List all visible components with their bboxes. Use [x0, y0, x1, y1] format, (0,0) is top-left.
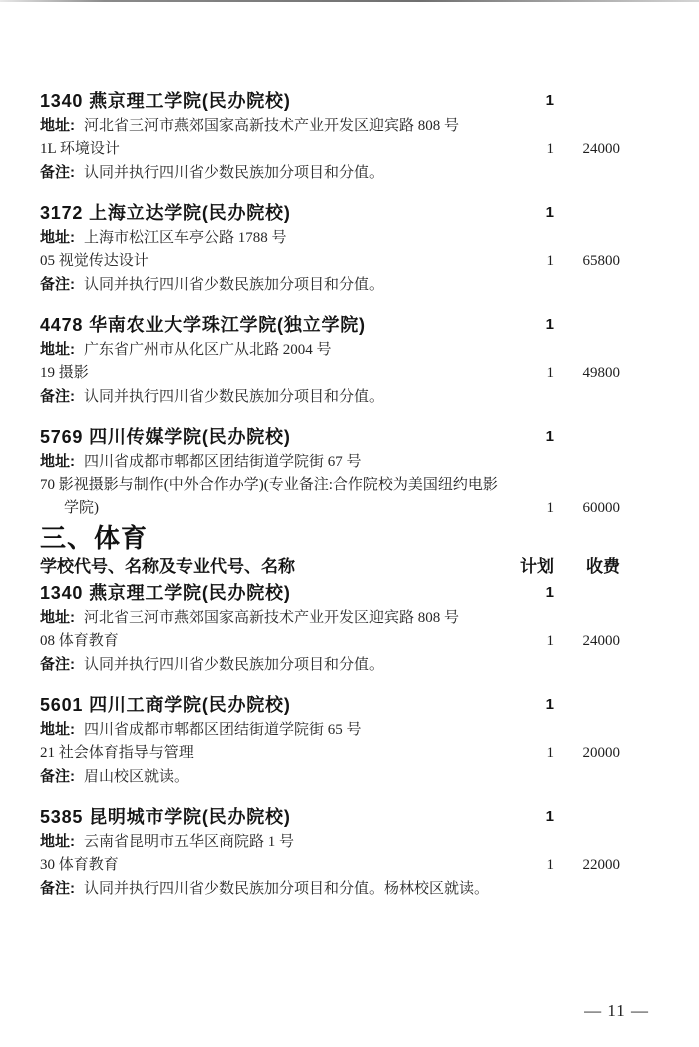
school-plan-count: 1: [512, 804, 554, 830]
major-row: 21 社会体育指导与管理 1 20000: [40, 742, 620, 765]
school-plan-count: 1: [512, 200, 554, 226]
school-title-row: 1340 燕京理工学院(民办院校) 1: [40, 88, 620, 114]
address-line: 地址:河北省三河市燕郊国家高新技术产业开发区迎宾路 808 号: [40, 606, 620, 630]
school-plan-count: 1: [512, 312, 554, 338]
address-label: 地址:: [40, 833, 75, 850]
address-label: 地址:: [40, 721, 75, 738]
school-name: 燕京理工学院(民办院校): [89, 583, 291, 603]
major-row: 70 影视摄影与制作(中外合作办学)(专业备注:合作院校为美国纽约电影学院) 1…: [40, 474, 620, 520]
section-title: 三、体育: [40, 522, 620, 554]
major-code: 30: [40, 857, 55, 873]
school-title: 5385 昆明城市学院(民办院校): [40, 804, 512, 830]
school-plan-count: 1: [512, 88, 554, 114]
school-code: 5601: [40, 695, 83, 715]
note-label: 备注:: [40, 768, 75, 785]
school-title: 1340 燕京理工学院(民办院校): [40, 88, 512, 114]
major-fee: 49800: [554, 362, 620, 385]
major-name: 影视摄影与制作(中外合作办学)(专业备注:合作院校为美国纽约电影学院): [59, 477, 498, 516]
major-fee: 20000: [554, 742, 620, 765]
address-line: 地址:四川省成都市郫都区团结街道学院街 67 号: [40, 450, 620, 474]
major-code: 21: [40, 745, 55, 761]
address-line: 地址:上海市松江区车亭公路 1788 号: [40, 226, 620, 250]
major-fee: 24000: [554, 630, 620, 653]
note-text: 认同并执行四川省少数民族加分项目和分值。: [84, 165, 384, 181]
address-text: 广东省广州市从化区广从北路 2004 号: [84, 342, 332, 358]
address-label: 地址:: [40, 453, 75, 470]
note-text: 认同并执行四川省少数民族加分项目和分值。: [84, 389, 384, 405]
note-line: 备注:认同并执行四川省少数民族加分项目和分值。: [40, 161, 620, 185]
page-content: 1340 燕京理工学院(民办院校) 1 地址:河北省三河市燕郊国家高新技术产业开…: [40, 88, 620, 901]
school-title: 4478 华南农业大学珠江学院(独立学院): [40, 312, 512, 338]
section-art-continued: 1340 燕京理工学院(民办院校) 1 地址:河北省三河市燕郊国家高新技术产业开…: [40, 88, 620, 520]
major-fee: 60000: [554, 497, 620, 520]
major-plan-count: 1: [512, 362, 554, 385]
school-code: 5385: [40, 807, 83, 827]
school-block: 1340 燕京理工学院(民办院校) 1 地址:河北省三河市燕郊国家高新技术产业开…: [40, 580, 620, 677]
school-name: 华南农业大学珠江学院(独立学院): [89, 315, 366, 335]
note-text: 认同并执行四川省少数民族加分项目和分值。: [84, 277, 384, 293]
major-name: 社会体育指导与管理: [59, 745, 194, 761]
school-code: 5769: [40, 427, 83, 447]
school-code: 3172: [40, 203, 83, 223]
column-header-plan: 计划: [512, 554, 554, 580]
major-row: 1L 环境设计 1 24000: [40, 138, 620, 161]
school-title: 3172 上海立达学院(民办院校): [40, 200, 512, 226]
school-code: 1340: [40, 583, 83, 603]
school-name: 上海立达学院(民办院校): [89, 203, 291, 223]
major-plan-count: 1: [512, 138, 554, 161]
document-page: 1340 燕京理工学院(民办院校) 1 地址:河北省三河市燕郊国家高新技术产业开…: [0, 0, 699, 1047]
column-header-row: 学校代号、名称及专业代号、名称 计划 收费: [40, 554, 620, 580]
major-title: 1L 环境设计: [40, 138, 512, 161]
school-block: 4478 华南农业大学珠江学院(独立学院) 1 地址:广东省广州市从化区广从北路…: [40, 312, 620, 409]
column-header-fee: 收费: [554, 554, 620, 580]
note-label: 备注:: [40, 880, 75, 897]
major-name: 体育教育: [59, 633, 119, 649]
major-row: 05 视觉传达设计 1 65800: [40, 250, 620, 273]
major-row: 30 体育教育 1 22000: [40, 854, 620, 877]
school-title-row: 3172 上海立达学院(民办院校) 1: [40, 200, 620, 226]
major-title: 08 体育教育: [40, 630, 512, 653]
column-header-school: 学校代号、名称及专业代号、名称: [40, 554, 512, 580]
note-label: 备注:: [40, 656, 75, 673]
major-fee: 65800: [554, 250, 620, 273]
note-line: 备注:认同并执行四川省少数民族加分项目和分值。: [40, 385, 620, 409]
school-plan-count: 1: [512, 424, 554, 450]
school-code: 1340: [40, 91, 83, 111]
note-line: 备注:认同并执行四川省少数民族加分项目和分值。杨林校区就读。: [40, 877, 620, 901]
school-title-row: 5769 四川传媒学院(民办院校) 1: [40, 424, 620, 450]
school-name: 四川工商学院(民办院校): [89, 695, 291, 715]
major-plan-count: 1: [512, 630, 554, 653]
note-text: 眉山校区就读。: [84, 769, 189, 785]
school-plan-count: 1: [512, 580, 554, 606]
note-text: 认同并执行四川省少数民族加分项目和分值。: [84, 657, 384, 673]
major-name: 视觉传达设计: [59, 253, 149, 269]
major-name: 环境设计: [60, 141, 120, 157]
note-label: 备注:: [40, 388, 75, 405]
major-title: 30 体育教育: [40, 854, 512, 877]
school-title-row: 1340 燕京理工学院(民办院校) 1: [40, 580, 620, 606]
note-line: 备注:认同并执行四川省少数民族加分项目和分值。: [40, 273, 620, 297]
major-plan-count: 1: [512, 497, 554, 520]
address-line: 地址:广东省广州市从化区广从北路 2004 号: [40, 338, 620, 362]
page-top-rule: [0, 0, 699, 2]
section-sports: 1340 燕京理工学院(民办院校) 1 地址:河北省三河市燕郊国家高新技术产业开…: [40, 580, 620, 901]
major-name: 摄影: [59, 365, 89, 381]
major-code: 19: [40, 365, 55, 381]
address-line: 地址:云南省昆明市五华区商院路 1 号: [40, 830, 620, 854]
address-text: 四川省成都市郫都区团结街道学院街 67 号: [84, 454, 362, 470]
address-label: 地址:: [40, 117, 75, 134]
school-plan-count: 1: [512, 692, 554, 718]
major-code: 1L: [40, 141, 56, 157]
school-title: 5601 四川工商学院(民办院校): [40, 692, 512, 718]
school-title-row: 4478 华南农业大学珠江学院(独立学院) 1: [40, 312, 620, 338]
address-text: 四川省成都市郫都区团结街道学院街 65 号: [84, 722, 362, 738]
school-title-row: 5385 昆明城市学院(民办院校) 1: [40, 804, 620, 830]
note-label: 备注:: [40, 276, 75, 293]
school-block: 5601 四川工商学院(民办院校) 1 地址:四川省成都市郫都区团结街道学院街 …: [40, 692, 620, 789]
school-block: 3172 上海立达学院(民办院校) 1 地址:上海市松江区车亭公路 1788 号…: [40, 200, 620, 297]
school-block: 5769 四川传媒学院(民办院校) 1 地址:四川省成都市郫都区团结街道学院街 …: [40, 424, 620, 520]
note-line: 备注:认同并执行四川省少数民族加分项目和分值。: [40, 653, 620, 677]
address-text: 上海市松江区车亭公路 1788 号: [84, 230, 287, 246]
major-title: 21 社会体育指导与管理: [40, 742, 512, 765]
school-title: 1340 燕京理工学院(民办院校): [40, 580, 512, 606]
major-title: 70 影视摄影与制作(中外合作办学)(专业备注:合作院校为美国纽约电影学院): [40, 474, 512, 520]
school-code: 4478: [40, 315, 83, 335]
address-text: 云南省昆明市五华区商院路 1 号: [84, 834, 294, 850]
major-plan-count: 1: [512, 854, 554, 877]
major-code: 70: [40, 477, 55, 493]
address-line: 地址:河北省三河市燕郊国家高新技术产业开发区迎宾路 808 号: [40, 114, 620, 138]
address-label: 地址:: [40, 609, 75, 626]
major-title: 19 摄影: [40, 362, 512, 385]
major-name: 体育教育: [59, 857, 119, 873]
major-fee: 22000: [554, 854, 620, 877]
note-text: 认同并执行四川省少数民族加分项目和分值。杨林校区就读。: [84, 881, 489, 897]
address-text: 河北省三河市燕郊国家高新技术产业开发区迎宾路 808 号: [84, 118, 459, 134]
page-number: — 11 —: [584, 1001, 649, 1021]
school-name: 燕京理工学院(民办院校): [89, 91, 291, 111]
major-code: 08: [40, 633, 55, 649]
school-title: 5769 四川传媒学院(民办院校): [40, 424, 512, 450]
school-title-row: 5601 四川工商学院(民办院校) 1: [40, 692, 620, 718]
school-name: 昆明城市学院(民办院校): [89, 807, 291, 827]
note-label: 备注:: [40, 164, 75, 181]
major-row: 08 体育教育 1 24000: [40, 630, 620, 653]
major-fee: 24000: [554, 138, 620, 161]
school-block: 1340 燕京理工学院(民办院校) 1 地址:河北省三河市燕郊国家高新技术产业开…: [40, 88, 620, 185]
address-label: 地址:: [40, 229, 75, 246]
major-row: 19 摄影 1 49800: [40, 362, 620, 385]
school-block: 5385 昆明城市学院(民办院校) 1 地址:云南省昆明市五华区商院路 1 号 …: [40, 804, 620, 901]
major-code: 05: [40, 253, 55, 269]
note-line: 备注:眉山校区就读。: [40, 765, 620, 789]
major-plan-count: 1: [512, 250, 554, 273]
major-plan-count: 1: [512, 742, 554, 765]
address-label: 地址:: [40, 341, 75, 358]
major-title: 05 视觉传达设计: [40, 250, 512, 273]
school-name: 四川传媒学院(民办院校): [89, 427, 291, 447]
address-text: 河北省三河市燕郊国家高新技术产业开发区迎宾路 808 号: [84, 610, 459, 626]
address-line: 地址:四川省成都市郫都区团结街道学院街 65 号: [40, 718, 620, 742]
